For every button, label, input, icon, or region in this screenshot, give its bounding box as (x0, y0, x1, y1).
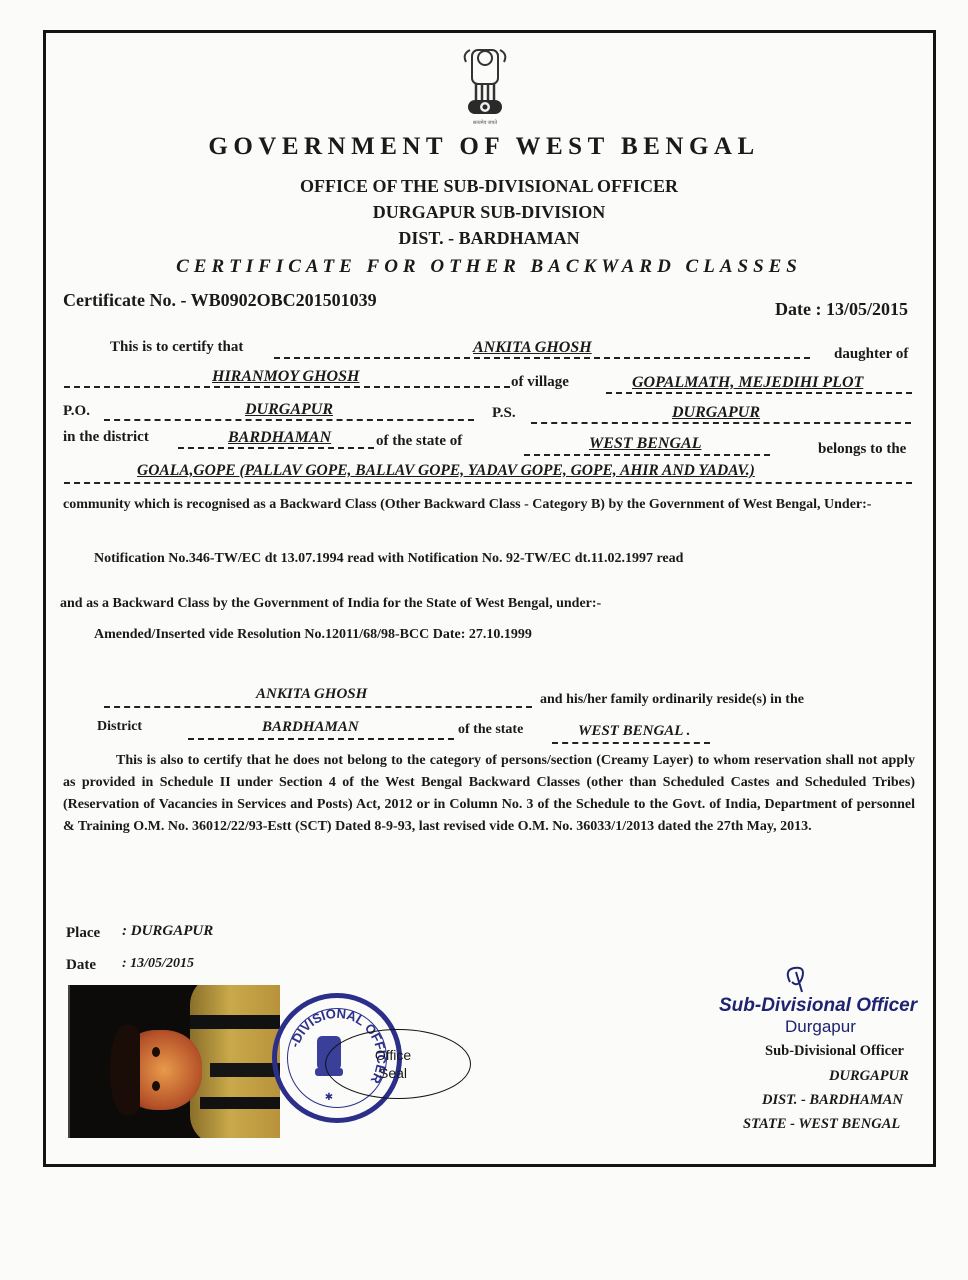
footer-date-label: Date (66, 957, 96, 974)
subdivision-heading: DURGAPUR SUB-DIVISION (0, 202, 968, 223)
po-label: P.O. (63, 403, 90, 420)
stamp-place: Durgapur (785, 1017, 856, 1037)
government-heading: GOVERNMENT OF WEST BENGAL (0, 133, 968, 161)
signatory-district: DIST. - BARDHAMAN (762, 1092, 903, 1109)
certificate-number: Certificate No. - WB0902OBC201501039 (63, 290, 377, 311)
certificate-number-label: Certificate No. - (63, 290, 191, 310)
creamy-layer-text: This is also to certify that he does not… (63, 750, 915, 838)
candidate-photo (68, 985, 280, 1138)
place-value: : DURGAPUR (122, 923, 213, 940)
signatory-title: Sub-Divisional Officer (765, 1043, 904, 1060)
ps-value: DURGAPUR (672, 404, 760, 422)
residence-name: ANKITA GHOSH (256, 686, 367, 703)
place-label: Place (66, 925, 100, 942)
residence-state-label: of the state (458, 722, 523, 738)
footer-date-value: : 13/05/2015 (122, 956, 194, 972)
certificate-date-label: Date : (775, 299, 826, 319)
candidate-name: ANKITA GHOSH (473, 339, 592, 357)
state-blank (524, 454, 770, 456)
certify-label: This is to certify that (110, 339, 243, 356)
village-value: GOPALMATH, MEJEDIHI PLOT (632, 374, 863, 392)
office-seal-label: Office Seal (372, 1046, 414, 1082)
village-label: of village (511, 374, 569, 391)
emblem-motto: सत्यमेव जयते (462, 120, 508, 126)
state-label: of the state of (376, 433, 462, 450)
po-blank (104, 419, 474, 421)
name-blank (274, 357, 810, 359)
district-heading: DIST. - BARDHAMAN (0, 228, 968, 249)
residence-district-blank (188, 738, 454, 740)
state-value: WEST BENGAL (589, 435, 701, 453)
stamp-title: Sub-Divisional Officer (719, 995, 917, 1017)
father-name: HIRANMOY GHOSH (212, 368, 359, 386)
community-blank (64, 482, 912, 484)
signature-initials-icon (780, 962, 814, 996)
certificate-date: Date : 13/05/2015 (775, 299, 908, 320)
residence-district-label: District (97, 719, 142, 735)
certificate-title: CERTIFICATE FOR OTHER BACKWARD CLASSES (0, 256, 968, 278)
national-emblem-icon (458, 44, 512, 122)
certificate-number-value: WB0902OBC201501039 (191, 290, 377, 310)
relation-label: daughter of (834, 346, 908, 363)
district-blank (178, 447, 374, 449)
residence-district-value: BARDHAMAN (262, 719, 359, 736)
ps-blank (531, 422, 911, 424)
reside-label: and his/her family ordinarily reside(s) … (540, 692, 804, 708)
residence-state-blank (552, 742, 710, 744)
po-value: DURGAPUR (245, 401, 333, 419)
father-name-blank (64, 386, 510, 388)
district-value: BARDHAMAN (228, 429, 331, 447)
signatory-place: DURGAPUR (829, 1068, 909, 1085)
community-value: GOALA,GOPE (PALLAV GOPE, BALLAV GOPE, YA… (137, 462, 755, 480)
residence-state-value: WEST BENGAL . (578, 723, 690, 740)
district-label: in the district (63, 429, 149, 446)
belongs-label: belongs to the (818, 441, 906, 458)
ps-label: P.S. (492, 405, 516, 422)
svg-text:✱: ✱ (325, 1092, 333, 1103)
certificate-date-value: 13/05/2015 (826, 299, 908, 319)
office-heading: OFFICE OF THE SUB-DIVISIONAL OFFICER (0, 176, 968, 197)
goi-backward-class-text: and as a Backward Class by the Governmen… (60, 593, 601, 615)
community-recognition-text: community which is recognised as a Backw… (63, 494, 913, 516)
resolution-text: Amended/Inserted vide Resolution No.1201… (94, 624, 532, 646)
signatory-state: STATE - WEST BENGAL (743, 1116, 900, 1133)
notification-text: Notification No.346-TW/EC dt 13.07.1994 … (94, 548, 683, 570)
village-blank (606, 392, 912, 394)
residence-name-blank (104, 706, 532, 708)
